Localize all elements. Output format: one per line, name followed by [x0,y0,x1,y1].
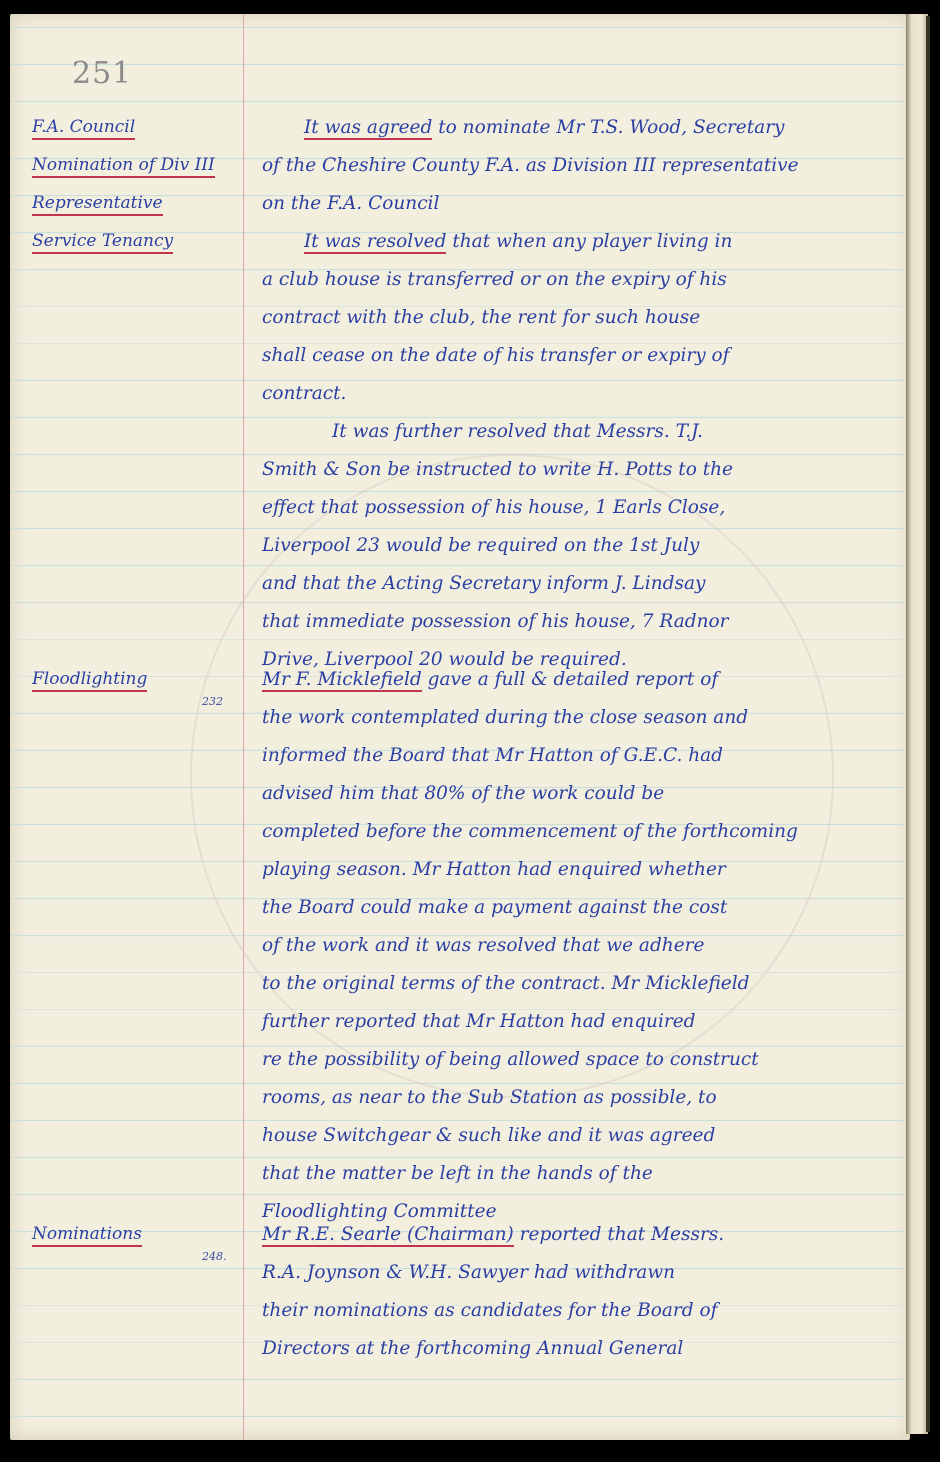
margin-heading: Nominations [32,1224,142,1247]
margin-heading: Service Tenancy [32,231,173,254]
handwritten-line: R.A. Joynson & W.H. Sawyer had withdrawn [262,1262,675,1283]
handwritten-line: to the original terms of the contract. M… [262,973,750,994]
handwritten-line: contract with the club, the rent for suc… [262,307,700,328]
handwritten-line: house Switchgear & such like and it was … [262,1125,715,1146]
ledger-page: 251 F.A. CouncilNomination of Div IIIRep… [10,14,910,1440]
line-text: that when any player living in [446,231,732,252]
underlined-lead: It was resolved [304,231,446,254]
handwritten-line: Mr R.E. Searle (Chairman) reported that … [262,1224,724,1245]
handwritten-line: a club house is transferred or on the ex… [262,269,727,290]
handwritten-line: re the possibility of being allowed spac… [262,1049,759,1070]
line-text: gave a full & detailed report of [422,669,718,690]
handwritten-line: their nominations as candidates for the … [262,1300,717,1321]
book-spine [906,14,928,1434]
margin-heading: Nomination of Div III [32,155,215,178]
line-text: to nominate Mr T.S. Wood, Secretary [432,117,784,138]
book-edge [926,16,930,1432]
handwritten-line: Drive, Liverpool 20 would be required. [262,649,627,670]
handwritten-line: Mr F. Micklefield gave a full & detailed… [262,669,718,690]
margin-heading: Representative [32,193,163,216]
handwritten-line: shall cease on the date of his transfer … [262,345,730,366]
underlined-lead: Mr F. Micklefield [262,669,422,692]
handwritten-line: It was agreed to nominate Mr T.S. Wood, … [304,117,785,138]
margin-rule [243,14,244,1440]
handwritten-line: and that the Acting Secretary inform J. … [262,573,705,594]
handwritten-line: further reported that Mr Hatton had enqu… [262,1011,696,1032]
underlined-lead: It was agreed [304,117,432,140]
handwritten-line: playing season. Mr Hatton had enquired w… [262,859,726,880]
minute-reference: 248. [202,1250,227,1263]
margin-heading: Floodlighting [32,669,147,692]
handwritten-line: completed before the commencement of the… [262,821,798,842]
page-number: 251 [72,56,132,91]
underlined-lead: Mr R.E. Searle (Chairman) [262,1224,514,1247]
handwritten-line: Floodlighting Committee [262,1201,497,1222]
handwritten-line: It was resolved that when any player liv… [304,231,732,252]
line-text: reported that Messrs. [514,1224,724,1245]
minute-reference: 232 [202,695,223,708]
handwritten-line: informed the Board that Mr Hatton of G.E… [262,745,723,766]
handwritten-line: effect that possession of his house, 1 E… [262,497,725,518]
margin-heading: F.A. Council [32,117,135,140]
handwritten-line: Smith & Son be instructed to write H. Po… [262,459,733,480]
handwritten-line: contract. [262,383,346,404]
handwritten-line: Directors at the forthcoming Annual Gene… [262,1338,683,1359]
handwritten-line: of the work and it was resolved that we … [262,935,704,956]
handwritten-line: that immediate possession of his house, … [262,611,728,632]
handwritten-line: of the Cheshire County F.A. as Division … [262,155,799,176]
handwritten-line: rooms, as near to the Sub Station as pos… [262,1087,717,1108]
handwritten-line: advised him that 80% of the work could b… [262,783,664,804]
handwritten-line: that the matter be left in the hands of … [262,1163,653,1184]
handwritten-line: on the F.A. Council [262,193,439,214]
handwritten-line: It was further resolved that Messrs. T.J… [332,421,703,442]
handwritten-line: the Board could make a payment against t… [262,897,727,918]
handwritten-line: the work contemplated during the close s… [262,707,748,728]
handwritten-line: Liverpool 23 would be required on the 1s… [262,535,699,556]
